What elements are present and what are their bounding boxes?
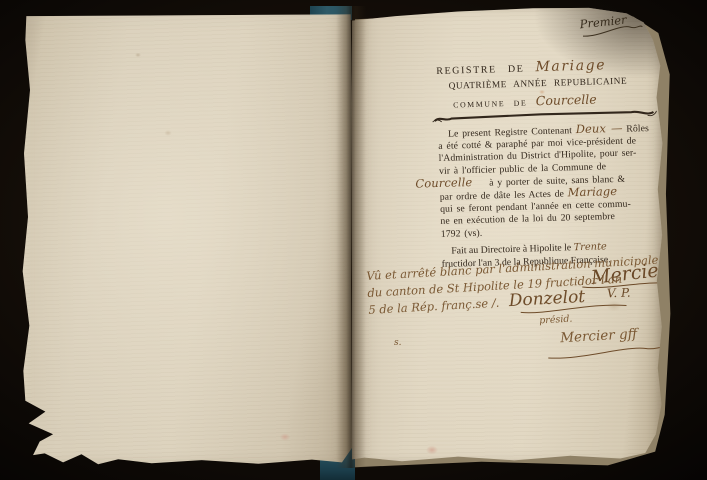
title-commune-de: COMMUNE DE [453, 98, 527, 109]
title-commune-handwritten: Courcelle [536, 92, 597, 109]
title-line-registre: REGISTRE DE Mariage [436, 55, 672, 78]
decorative-swelled-rule [431, 108, 657, 124]
body-line-6-handwritten: Mariage [567, 184, 617, 199]
body-line-1-handwritten: Deux — [576, 121, 623, 136]
closing-line-1-printed: Fait au Directoire à Hipolite le [451, 242, 571, 256]
title-type-handwritten: Mariage [535, 57, 606, 75]
body-line-1-printed-b: Rôles [626, 123, 649, 135]
manuscript-line-3-text: 5 de la Rép. franç.se /. [368, 296, 500, 317]
scanned-register-photo: Premier REGISTRE DE Mariage QUATRIÈME AN… [0, 0, 707, 480]
margin-mark: s. [394, 338, 401, 348]
body-line-5-handwritten: Courcelle [415, 176, 485, 188]
printed-body-paragraph: Le present Registre Contenant Deux — Rôl… [438, 121, 677, 240]
right-title-page: Premier REGISTRE DE Mariage QUATRIÈME AN… [352, 6, 664, 464]
folio-annotation: Premier [579, 11, 645, 40]
title-registre-de: REGISTRE DE [436, 64, 524, 77]
closing-date-handwritten: Trente [574, 241, 607, 253]
left-blank-page [18, 13, 352, 466]
title-line-annee: QUATRIÈME ANNÉE REPUBLICAINE [449, 75, 673, 91]
manuscript-approval-note: Vû et arrêté blanc par l'administration … [366, 251, 671, 371]
